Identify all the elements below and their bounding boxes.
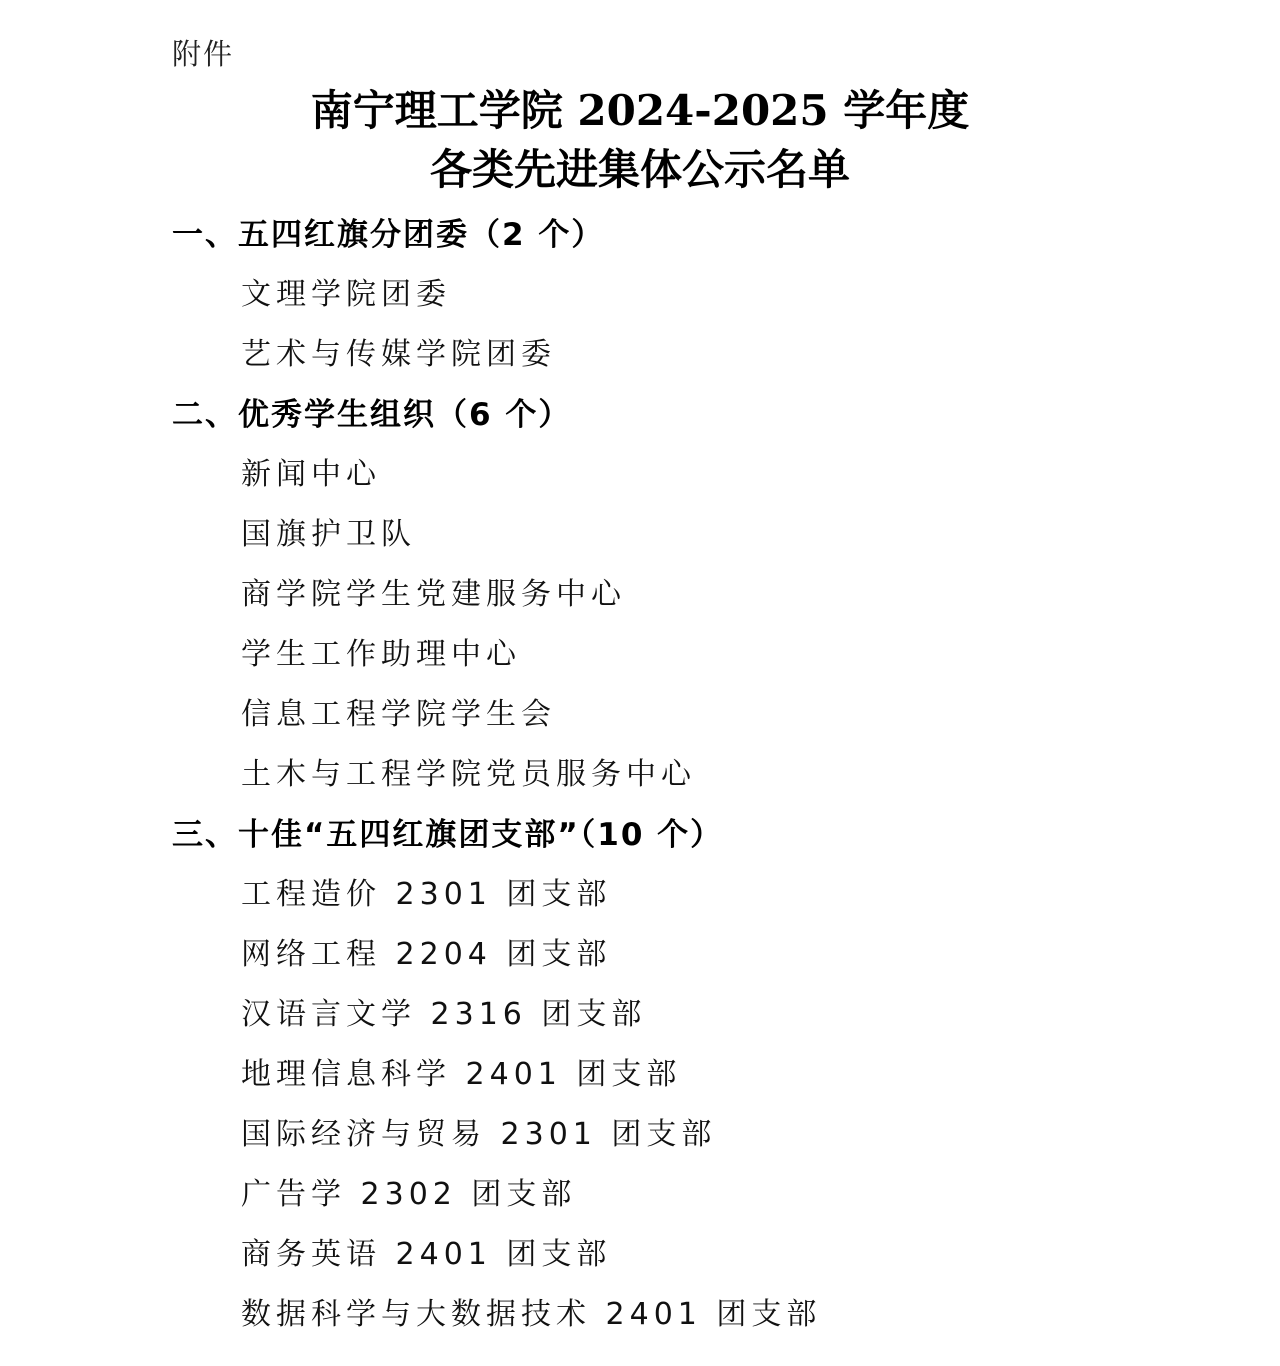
- list-item: 文理学院团委: [241, 273, 451, 317]
- list-item: 商务英语 2401 团支部: [241, 1233, 611, 1277]
- attachment-label: 附件: [172, 34, 234, 74]
- list-item: 国际经济与贸易 2301 团支部: [241, 1113, 716, 1157]
- list-item: 土木与工程学院党员服务中心: [241, 753, 696, 797]
- list-item: 国旗护卫队: [241, 513, 416, 557]
- list-item: 信息工程学院学生会: [241, 693, 556, 737]
- document-title-line-2: 各类先进集体公示名单: [0, 142, 1280, 198]
- list-item: 广告学 2302 团支部: [241, 1173, 576, 1217]
- list-item: 商学院学生党建服务中心: [241, 573, 626, 617]
- section-heading-top-ten-league-branches: 三、十佳“五四红旗团支部”（10 个）: [172, 813, 723, 857]
- list-item: 地理信息科学 2401 团支部: [241, 1053, 681, 1097]
- list-item: 数据科学与大数据技术 2401 团支部: [241, 1293, 821, 1337]
- list-item: 网络工程 2204 团支部: [241, 933, 611, 977]
- list-item: 工程造价 2301 团支部: [241, 873, 611, 917]
- list-item: 学生工作助理中心: [241, 633, 521, 677]
- list-item: 艺术与传媒学院团委: [241, 333, 556, 377]
- list-item: 汉语言文学 2316 团支部: [241, 993, 646, 1037]
- document-title-line-1: 南宁理工学院 2024-2025 学年度: [0, 83, 1280, 139]
- document-page: 附件 南宁理工学院 2024-2025 学年度 各类先进集体公示名单 一、五四红…: [0, 0, 1280, 1366]
- section-heading-excellent-student-organizations: 二、优秀学生组织（6 个）: [172, 393, 571, 437]
- list-item: 新闻中心: [241, 453, 381, 497]
- section-heading-red-flag-committees: 一、五四红旗分团委（2 个）: [172, 213, 604, 257]
